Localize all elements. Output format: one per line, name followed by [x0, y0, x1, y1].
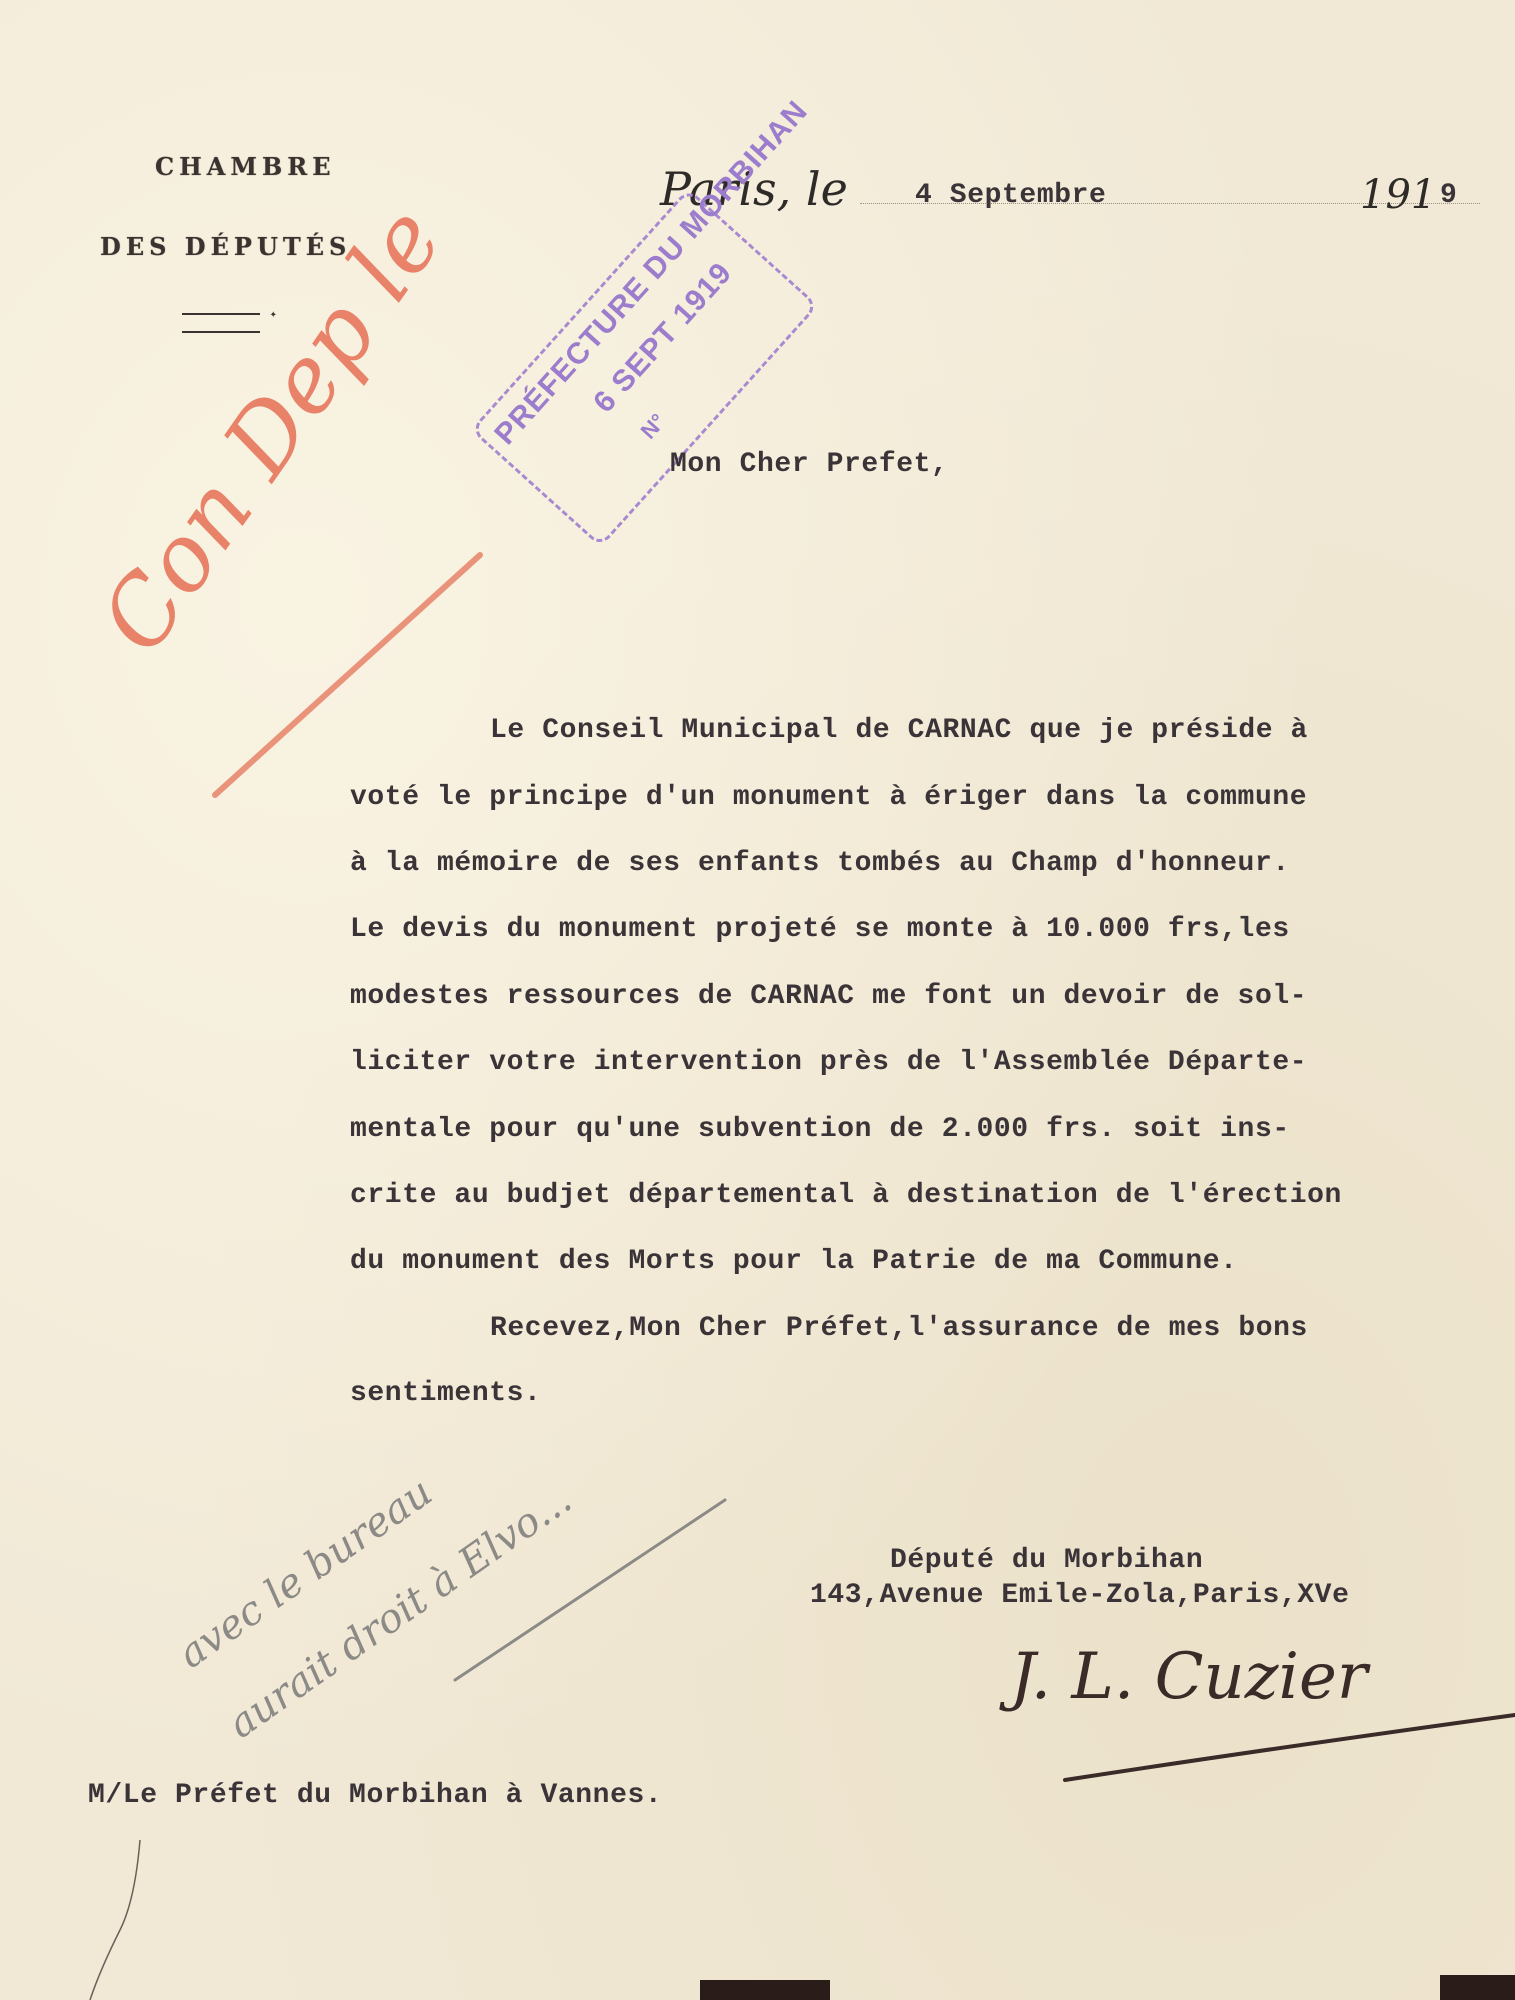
paper-tear-line	[80, 1840, 160, 2000]
dateline-year-suffix: 9	[1440, 180, 1457, 211]
scan-background-edge-right	[1440, 1975, 1515, 2000]
body-line-5: modestes ressources de CARNAC me font un…	[350, 981, 1307, 1012]
letterhead-chambre: CHAMBRE	[155, 152, 336, 181]
stamp-prefecture-text: PRÉFECTURE DU MORBIHAN	[488, 94, 815, 451]
gray-pencil-stroke	[450, 1495, 730, 1685]
body-line-3: à la mémoire de ses enfants tombés au Ch…	[350, 848, 1290, 879]
ornament-line-right	[182, 331, 260, 333]
red-pencil-stroke	[210, 550, 490, 800]
signatory-address: 143,Avenue Emile-Zola,Paris,XVe	[810, 1580, 1350, 1611]
dateline-year-prefix: 191	[1360, 172, 1436, 218]
body-line-8: crite au budjet départemental à destinat…	[350, 1180, 1342, 1211]
closing-line-2: sentiments.	[350, 1378, 541, 1409]
gray-pencil-annotation-line-1: avec le bureau	[170, 1469, 441, 1678]
handwritten-signature: J. L. Cuzier	[1010, 1640, 1367, 1714]
closing-line-1: Recevez,Mon Cher Préfet,l'assurance de m…	[490, 1313, 1308, 1344]
prefecture-received-stamp: PRÉFECTURE DU MORBIHAN 6 SEPT 1919 N°	[470, 188, 819, 548]
salutation: Mon Cher Prefet,	[670, 449, 948, 480]
ornament-cross-icon: ✦	[270, 307, 277, 321]
body-line-4: Le devis du monument projeté se monte à …	[350, 914, 1290, 945]
signature-underline	[1060, 1710, 1515, 1790]
signatory-title: Député du Morbihan	[890, 1545, 1203, 1576]
letterhead-des-deputes: DES DÉPUTÉS	[100, 232, 351, 261]
body-line-9: du monument des Morts pour la Patrie de …	[350, 1246, 1238, 1277]
scan-background-edge-left	[700, 1980, 830, 2000]
body-line-7: mentale pour qu'une subvention de 2.000 …	[350, 1114, 1290, 1145]
body-line-1: Le Conseil Municipal de CARNAC que je pr…	[490, 715, 1308, 746]
body-line-2: voté le principe d'un monument à ériger …	[350, 782, 1307, 813]
body-line-6: liciter votre intervention près de l'Ass…	[350, 1047, 1307, 1078]
recipient-line: M/Le Préfet du Morbihan à Vannes.	[88, 1780, 662, 1811]
dateline-day-month: 4 Septembre	[915, 180, 1106, 211]
stamp-number-label: N°	[636, 409, 672, 445]
ornament-line-left	[182, 313, 260, 315]
